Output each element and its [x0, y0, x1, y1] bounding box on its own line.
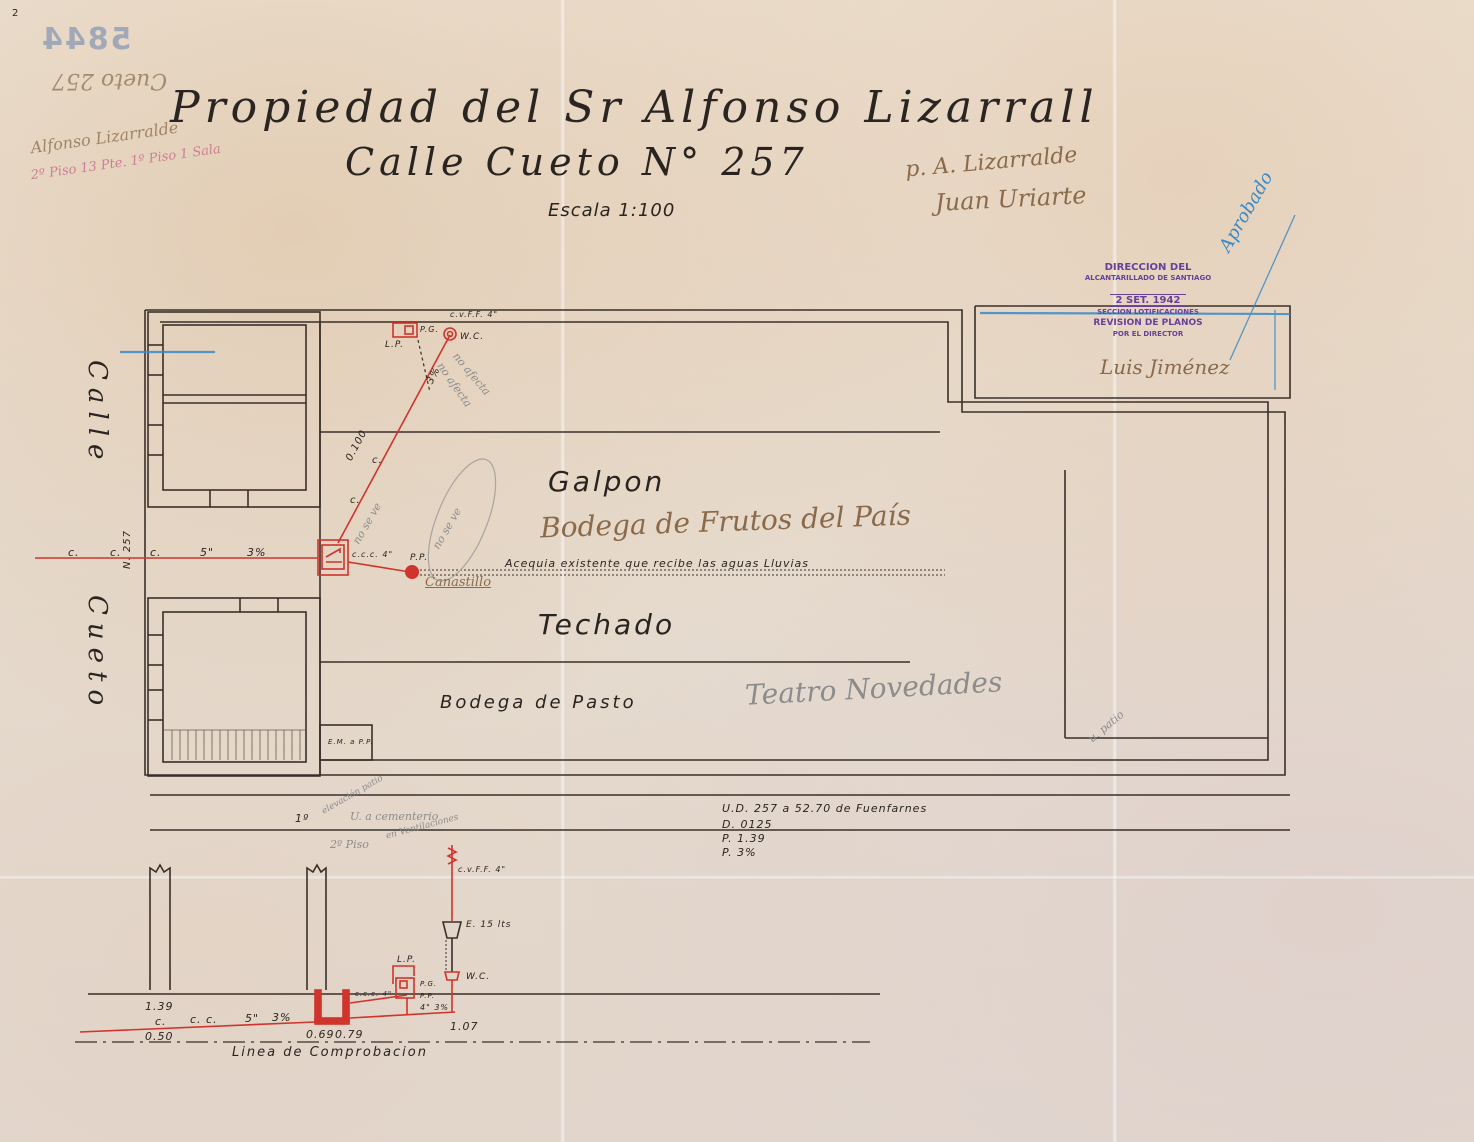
depth-left-top: 1.39 — [145, 1000, 174, 1013]
note-slope: P. 3% — [722, 846, 757, 859]
section-vent-label: c.v.F.F. 4" — [458, 865, 506, 874]
canastillo-note: Canastillo — [425, 575, 491, 590]
stamp-line-3: SECCION LOTIFICACIONES — [1068, 307, 1228, 318]
sewer-directorate-stamp: DIRECCION DEL ALCANTARILLADO DE SANTIAGO… — [1068, 262, 1228, 340]
branch-label-c1: c. — [372, 455, 383, 466]
pipe-label-c2: c. — [110, 546, 122, 559]
lp-label: L.P. — [385, 340, 404, 350]
secondary-pipe-label: c.c.c. 4" — [352, 550, 393, 559]
section-pp-label: P.P. — [420, 992, 435, 1000]
page-number: 2 — [12, 8, 18, 19]
director-signature: Luis Jiménez — [1100, 355, 1230, 379]
section-lp-label: L.P. — [397, 955, 416, 965]
depth-mid-1: 0.69 — [306, 1028, 335, 1041]
acequia-note: Acequia existente que recibe las aguas L… — [505, 557, 809, 570]
street-label-cueto: Cueto — [82, 595, 112, 713]
stamp-line-4: REVISION DE PLANOS — [1068, 318, 1228, 329]
section-pipe-diameter: 5" — [245, 1012, 259, 1025]
pipe-label-c3: c. — [150, 546, 162, 559]
document-address: Calle Cueto N° 257 — [345, 140, 809, 184]
pencil-note-address: Cueto 257 — [52, 68, 167, 93]
section-wc-label: W.C. — [466, 972, 490, 982]
room-label-techado: Techado — [538, 608, 675, 641]
scanned-plan-sheet: 2 5844 Cueto 257 Alfonso Lizarralde 2º P… — [0, 0, 1474, 1142]
note-d: D. 0125 — [722, 818, 772, 831]
section-pipe-c2: c. c. — [190, 1013, 218, 1026]
section-pipe-slope: 3% — [272, 1011, 291, 1024]
street-number: N. 257 — [122, 530, 133, 569]
section-branch-label: 4" 3% — [420, 1003, 449, 1012]
room-label-bodega-pasto: Bodega de Pasto — [440, 692, 637, 713]
depth-mid-2: 0.79 — [335, 1028, 364, 1041]
note-p: P. 1.39 — [722, 832, 766, 845]
branch-label-c2: c. — [350, 495, 361, 506]
section-tank-label: E. 15 lts — [466, 920, 511, 930]
stamp-line-1: DIRECCION DEL — [1068, 262, 1228, 273]
document-scale: Escala 1:100 — [548, 200, 675, 221]
wc-label: W.C. — [460, 332, 484, 342]
stamp-line-5: POR EL DIRECTOR — [1068, 329, 1228, 340]
section-pipe-c1: c. — [155, 1015, 167, 1028]
depth-right: 1.07 — [450, 1020, 479, 1033]
pipe-label-slope: 3% — [247, 546, 266, 559]
vent-label: c.v.F.F. 4" — [450, 310, 498, 319]
note-ud: U.D. 257 a 52.70 de Fuenfarnes — [722, 802, 927, 815]
section-pg-label: P.G. — [420, 980, 437, 988]
floor1-label: 1º — [295, 812, 309, 825]
document-title: Propiedad del Sr Alfonso Lizarrall — [170, 82, 1099, 133]
pg-label: P.G. — [420, 325, 439, 334]
pipe-label-c1: c. — [68, 546, 80, 559]
floor2-label: 2º Piso — [330, 838, 369, 851]
archive-number-stamp: 5844 — [40, 22, 132, 57]
pp-label: P.P. — [410, 553, 428, 563]
baseline-label: Linea de Comprobacion — [232, 1045, 428, 1060]
em-label: E.M. a P.P. — [328, 738, 374, 746]
depth-left-bottom: 0.50 — [145, 1030, 174, 1043]
stamp-line-2: ALCANTARILLADO DE SANTIAGO — [1068, 273, 1228, 284]
room-label-galpon: Galpon — [548, 465, 665, 498]
pipe-label-diameter: 5" — [200, 546, 214, 559]
stamp-date: 2 SET. 1942 — [1110, 294, 1187, 307]
section-secondary-label: c.c.c. 4" — [355, 990, 392, 998]
street-label-calle: Calle — [82, 360, 112, 467]
